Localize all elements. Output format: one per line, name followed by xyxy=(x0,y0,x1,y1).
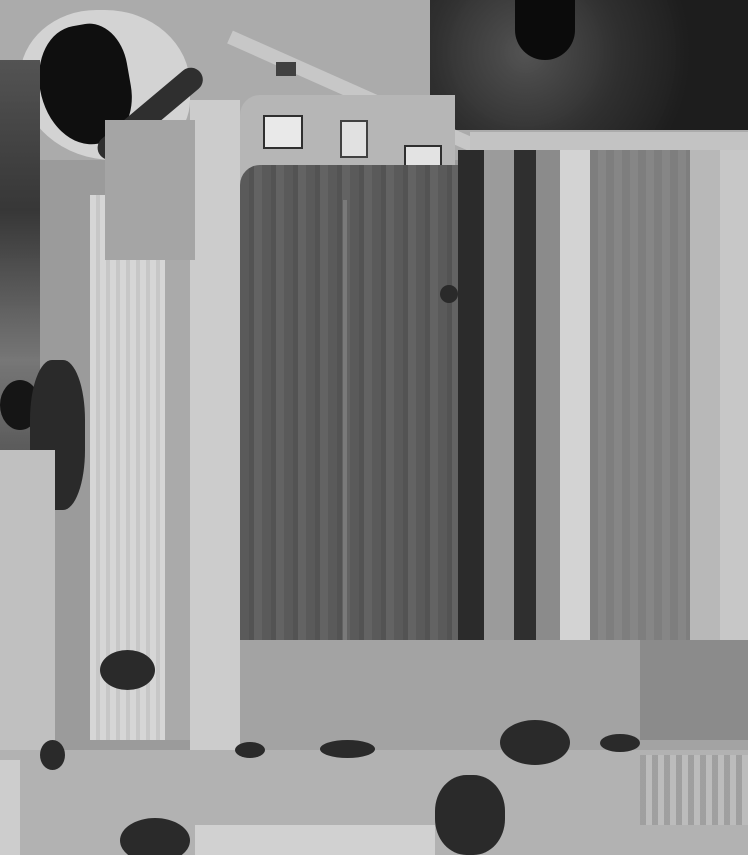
aerial-photo xyxy=(0,0,748,855)
tree-cluster xyxy=(40,740,65,770)
buildings-southeast xyxy=(640,755,748,825)
tree-cluster xyxy=(500,720,570,765)
field-far-west xyxy=(0,450,55,750)
tree-cluster xyxy=(435,775,505,855)
building xyxy=(263,115,303,149)
field-dark-crop xyxy=(240,165,458,640)
dirt-road-east xyxy=(470,132,748,150)
field-striped-east xyxy=(458,150,748,640)
field-south-light xyxy=(195,825,435,855)
field-track xyxy=(343,200,347,640)
building-small xyxy=(276,62,296,76)
field-strip-west xyxy=(165,250,190,740)
dark-patch-ne xyxy=(515,0,575,60)
tree-cluster xyxy=(120,818,190,855)
strip-south-west xyxy=(0,760,20,855)
forest-northeast xyxy=(430,0,748,130)
field-southeast xyxy=(640,640,748,740)
building xyxy=(340,120,368,158)
tree-cluster xyxy=(235,742,265,758)
tree-cluster xyxy=(100,650,155,690)
tree-cluster xyxy=(600,734,640,752)
dirt-road-vertical xyxy=(190,100,240,750)
tree-cluster xyxy=(320,740,375,758)
tree-cluster xyxy=(440,285,458,303)
ground-nw-strip xyxy=(105,120,195,260)
